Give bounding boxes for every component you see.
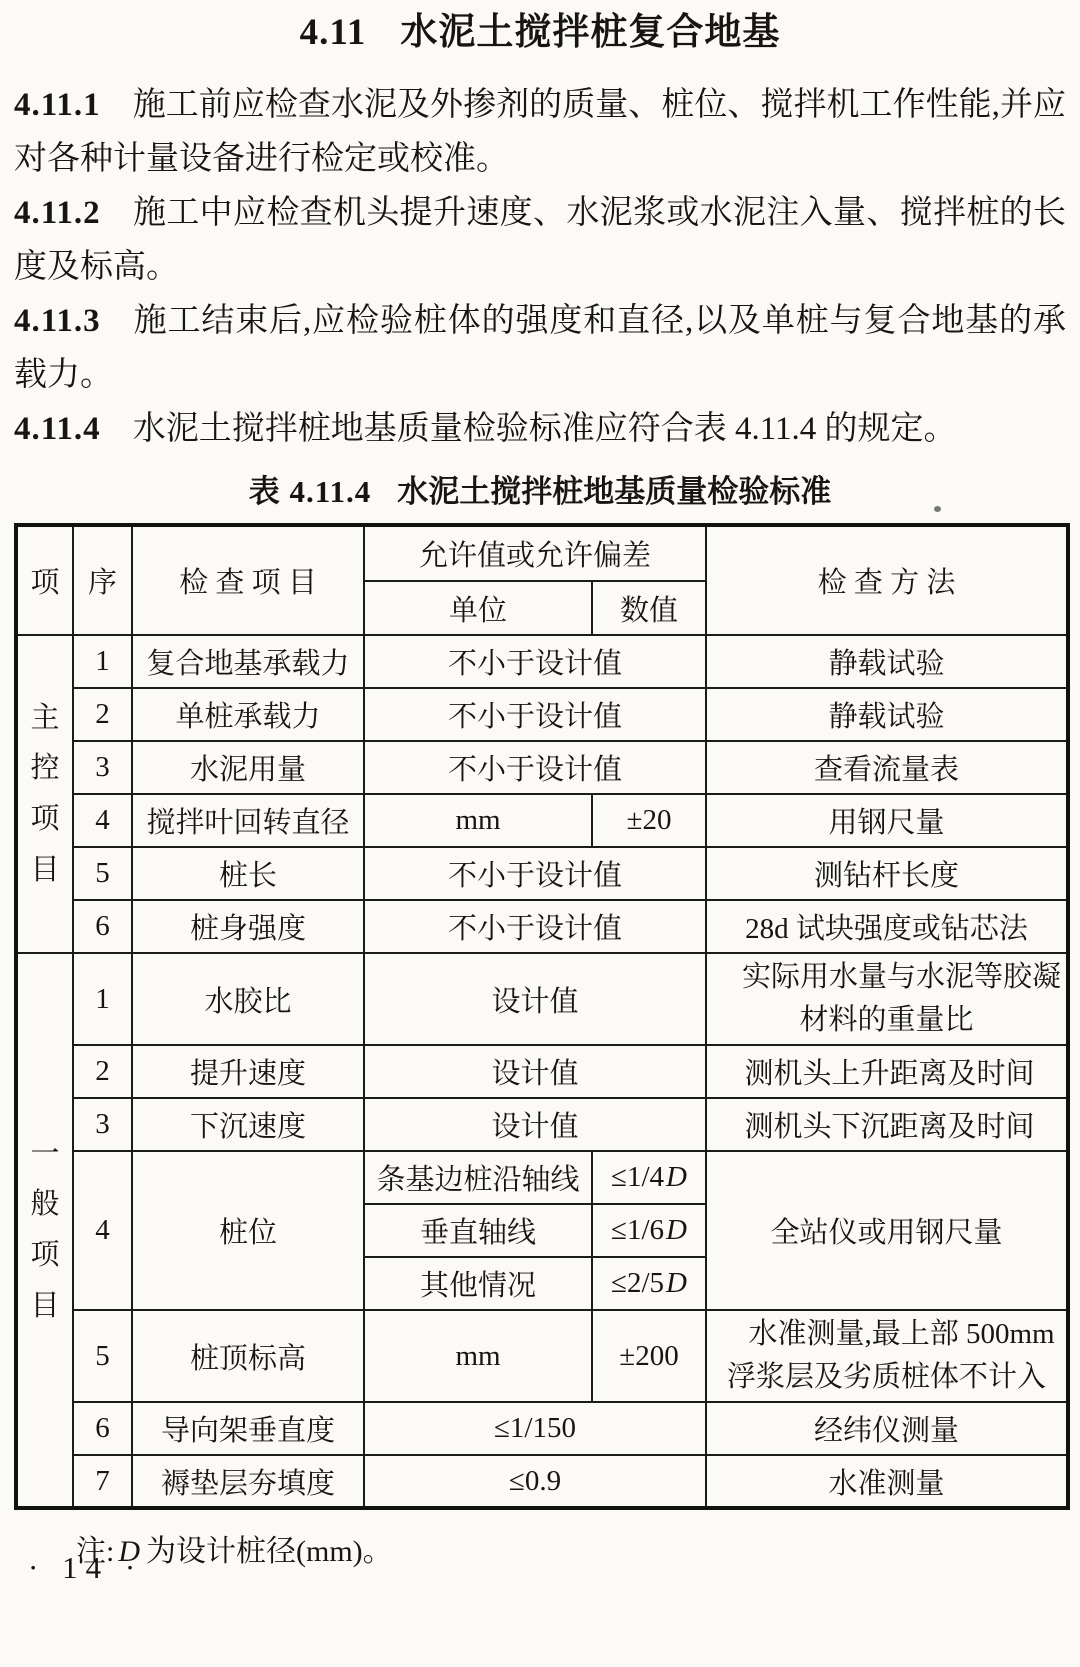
cell-item: 提升速度 <box>132 1045 364 1098</box>
table-row: 7 褥垫层夯填度 ≤0.9 水准测量 <box>16 1455 1068 1508</box>
cell-seq: 6 <box>73 900 132 953</box>
cell-item: 桩身强度 <box>132 900 364 953</box>
table-caption-title: 水泥土搅拌桩地基质量检验标准 <box>397 474 831 509</box>
cell-allow: ≤1/150 <box>364 1402 706 1455</box>
cell-allow: 不小于设计值 <box>364 635 706 688</box>
cell-item: 单桩承载力 <box>132 688 364 741</box>
cell-item: 桩长 <box>132 847 364 900</box>
cell-method: 经纬仪测量 <box>706 1402 1068 1455</box>
table-row: 3 水泥用量 不小于设计值 查看流量表 <box>16 741 1068 794</box>
note-text: 为设计桩径(mm)。 <box>146 1535 393 1568</box>
cell-method: 静载试验 <box>706 688 1068 741</box>
cell-item: 水泥用量 <box>132 741 364 794</box>
cell-method: 测钻杆长度 <box>706 847 1068 900</box>
clause-4-11-2: 4.11.2施工中应检查机头提升速度、水泥浆或水泥注入量、搅拌桩的长度及标高。 <box>14 186 1066 294</box>
cell-allow: ≤0.9 <box>364 1455 706 1508</box>
group-label-main: 主控项目 <box>16 635 73 953</box>
cell-item: 导向架垂直度 <box>132 1402 364 1455</box>
cell-seq: 5 <box>73 1310 132 1402</box>
cell-condition: 其他情况 <box>364 1257 592 1310</box>
clause-number: 4.11.4 <box>14 411 101 447</box>
cell-item: 桩顶标高 <box>132 1310 364 1402</box>
table-caption: 表 4.11.4水泥土搅拌桩地基质量检验标准 <box>14 466 1066 511</box>
table-row: 2 提升速度 设计值 测机头上升距离及时间 <box>16 1045 1068 1098</box>
table-row: 6 导向架垂直度 ≤1/150 经纬仪测量 <box>16 1402 1068 1455</box>
cell-seq: 1 <box>73 635 132 688</box>
cell-allow: 设计值 <box>364 1045 706 1098</box>
cell-item: 下沉速度 <box>132 1098 364 1151</box>
cell-method: 水准测量,最上部 500mm 浮浆层及劣质桩体不计入 <box>706 1310 1068 1402</box>
inspection-standard-table: 项 序 检 查 项 目 允许值或允许偏差 检 查 方 法 单位 数值 主控项目 … <box>14 523 1070 1510</box>
cell-seq: 3 <box>73 1098 132 1151</box>
table-caption-label: 表 4.11.4 <box>249 474 372 509</box>
table-row: 5 桩顶标高 mm ±200 水准测量,最上部 500mm 浮浆层及劣质桩体不计… <box>16 1310 1068 1402</box>
cell-item: 水胶比 <box>132 953 364 1045</box>
limit-value: ≤1/6 <box>611 1214 664 1246</box>
cell-condition: 条基边桩沿轴线 <box>364 1151 592 1204</box>
cell-allow: 设计值 <box>364 1098 706 1151</box>
cell-item: 褥垫层夯填度 <box>132 1455 364 1508</box>
cell-seq: 2 <box>73 688 132 741</box>
cell-seq: 2 <box>73 1045 132 1098</box>
header-cell-unit: 单位 <box>364 581 592 635</box>
table-row: 4 搅拌叶回转直径 mm ±20 用钢尺量 <box>16 794 1068 847</box>
cell-allow: 不小于设计值 <box>364 741 706 794</box>
cell-item: 桩位 <box>132 1151 364 1310</box>
table-row: 4 桩位 条基边桩沿轴线 ≤1/4D 全站仪或用钢尺量 <box>16 1151 1068 1204</box>
cell-value: ±20 <box>592 794 706 847</box>
cell-seq: 3 <box>73 741 132 794</box>
clause-text: 施工中应检查机头提升速度、水泥浆或水泥注入量、搅拌桩的长度及标高。 <box>14 195 1066 285</box>
cell-condition: 垂直轴线 <box>364 1204 592 1257</box>
cell-value: ≤1/6D <box>592 1204 706 1257</box>
table-row: 2 单桩承载力 不小于设计值 静载试验 <box>16 688 1068 741</box>
group-label-text: 一般项目 <box>29 1129 61 1332</box>
table-row: 一般项目 1 水胶比 设计值 实际用水量与水泥等胶凝材料的重量比 <box>16 953 1068 1045</box>
group-label-general: 一般项目 <box>16 953 73 1508</box>
table-row: 主控项目 1 复合地基承载力 不小于设计值 静载试验 <box>16 635 1068 688</box>
cell-method: 测机头上升距离及时间 <box>706 1045 1068 1098</box>
cell-seq: 4 <box>73 1151 132 1310</box>
cell-seq: 5 <box>73 847 132 900</box>
header-cell-seq: 序 <box>73 525 132 635</box>
diameter-variable: D <box>664 1267 687 1299</box>
cell-item: 复合地基承载力 <box>132 635 364 688</box>
cell-seq: 7 <box>73 1455 132 1508</box>
cell-unit: mm <box>364 1310 592 1402</box>
cell-allow: 不小于设计值 <box>364 847 706 900</box>
page-number: · 14 · <box>28 1550 143 1586</box>
cell-seq: 6 <box>73 1402 132 1455</box>
clause-4-11-4: 4.11.4水泥土搅拌桩地基质量检验标准应符合表 4.11.4 的规定。 <box>14 402 1066 456</box>
clause-4-11-1: 4.11.1施工前应检查水泥及外掺剂的质量、桩位、搅拌机工作性能,并应对各种计量… <box>14 78 1066 186</box>
cell-seq: 1 <box>73 953 132 1045</box>
cell-method: 28d 试块强度或钻芯法 <box>706 900 1068 953</box>
cell-value: ≤1/4D <box>592 1151 706 1204</box>
cell-seq: 4 <box>73 794 132 847</box>
clause-text: 施工前应检查水泥及外掺剂的质量、桩位、搅拌机工作性能,并应对各种计量设备进行检定… <box>14 87 1066 177</box>
cell-value: ≤2/5D <box>592 1257 706 1310</box>
cell-allow: 不小于设计值 <box>364 900 706 953</box>
table-header-row: 项 序 检 查 项 目 允许值或允许偏差 检 查 方 法 <box>16 525 1068 581</box>
table-row: 3 下沉速度 设计值 测机头下沉距离及时间 <box>16 1098 1068 1151</box>
header-cell-inspect: 检 查 项 目 <box>132 525 364 635</box>
table-row: 6 桩身强度 不小于设计值 28d 试块强度或钻芯法 <box>16 900 1068 953</box>
cell-method: 用钢尺量 <box>706 794 1068 847</box>
group-label-text: 主控项目 <box>29 693 61 896</box>
clause-text: 施工结束后,应检验桩体的强度和直径,以及单桩与复合地基的承载力。 <box>14 303 1066 393</box>
limit-value: ≤1/4 <box>611 1161 664 1193</box>
header-cell-item: 项 <box>16 525 73 635</box>
clause-number: 4.11.1 <box>14 87 101 123</box>
diameter-variable: D <box>664 1214 687 1246</box>
section-number: 4.11 <box>300 12 367 53</box>
document-page: 4.11水泥土搅拌桩复合地基 4.11.1施工前应检查水泥及外掺剂的质量、桩位、… <box>0 0 1080 1667</box>
limit-value: ≤2/5 <box>611 1267 664 1299</box>
header-cell-value: 数值 <box>592 581 706 635</box>
table-footnote: 注:D为设计桩径(mm)。 <box>76 1526 1066 1570</box>
clause-4-11-3: 4.11.3施工结束后,应检验桩体的强度和直径,以及单桩与复合地基的承载力。 <box>14 294 1066 402</box>
clause-text: 水泥土搅拌桩地基质量检验标准应符合表 4.11.4 的规定。 <box>133 411 957 447</box>
cell-method: 全站仪或用钢尺量 <box>706 1151 1068 1310</box>
cell-method: 测机头下沉距离及时间 <box>706 1098 1068 1151</box>
section-title-text: 水泥土搅拌桩复合地基 <box>400 12 780 53</box>
header-cell-allow: 允许值或允许偏差 <box>364 525 706 581</box>
cell-item: 搅拌叶回转直径 <box>132 794 364 847</box>
cell-value: ±200 <box>592 1310 706 1402</box>
cell-method: 水准测量 <box>706 1455 1068 1508</box>
header-cell-method: 检 查 方 法 <box>706 525 1068 635</box>
section-heading: 4.11水泥土搅拌桩复合地基 <box>14 8 1066 58</box>
table-row: 5 桩长 不小于设计值 测钻杆长度 <box>16 847 1068 900</box>
scan-artifact-dot <box>934 506 941 512</box>
cell-method: 静载试验 <box>706 635 1068 688</box>
cell-method: 查看流量表 <box>706 741 1068 794</box>
cell-unit: mm <box>364 794 592 847</box>
diameter-variable: D <box>664 1161 687 1193</box>
cell-method: 实际用水量与水泥等胶凝材料的重量比 <box>706 953 1068 1045</box>
clause-number: 4.11.2 <box>14 195 101 231</box>
cell-allow: 不小于设计值 <box>364 688 706 741</box>
clause-number: 4.11.3 <box>14 303 101 339</box>
cell-allow: 设计值 <box>364 953 706 1045</box>
